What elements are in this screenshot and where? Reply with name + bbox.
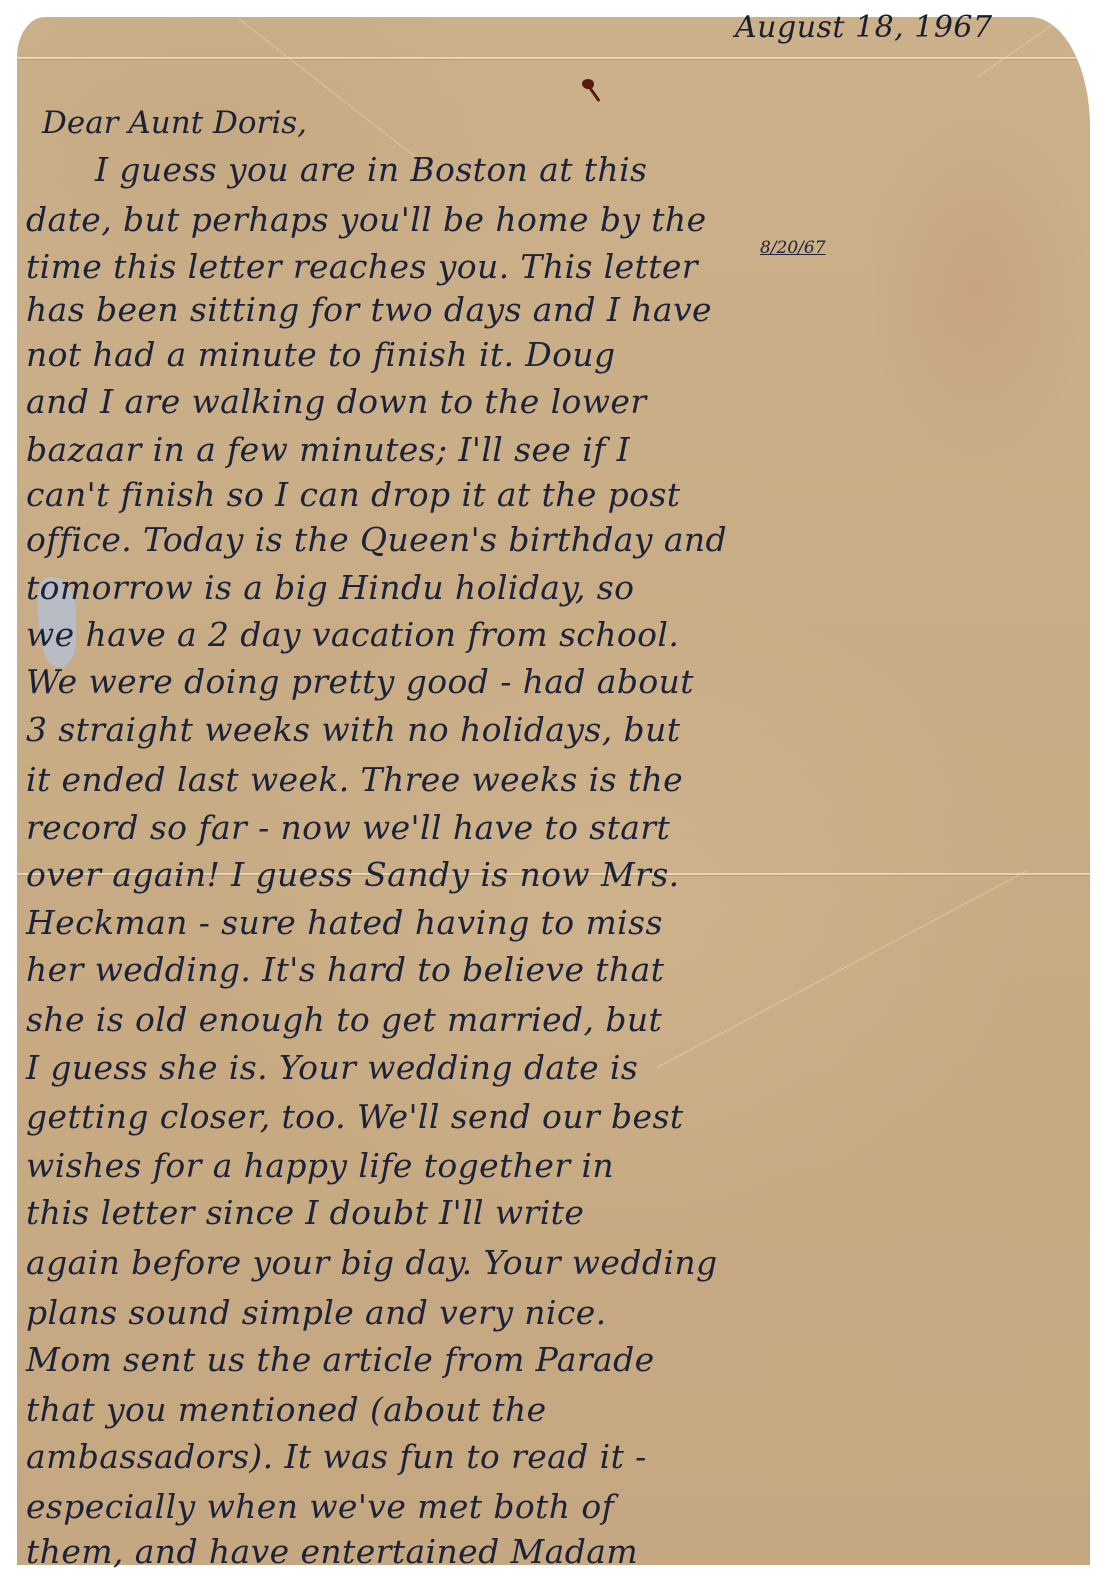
letter-line: especially when we've met both of (26, 1487, 614, 1526)
letter-line: We were doing pretty good - had about (26, 662, 694, 701)
postscript-date-note: 8/20/67 (760, 238, 826, 258)
letter-line: over again! I guess Sandy is now Mrs. (26, 855, 680, 894)
letter-line: we have a 2 day vacation from school. (26, 615, 679, 654)
letter-text: August 18, 1967 Dear Aunt Doris, I guess… (0, 0, 1113, 1581)
letter-line: can't finish so I can drop it at the pos… (26, 475, 680, 514)
letter-line: not had a minute to finish it. Doug (26, 335, 616, 374)
letter-line: plans sound simple and very nice. (26, 1293, 607, 1332)
letter-line: tomorrow is a big Hindu holiday, so (26, 568, 634, 607)
letter-line: Heckman - sure hated having to miss (26, 903, 663, 942)
letter-line: time this letter reaches you. This lette… (26, 247, 698, 286)
letter-line: wishes for a happy life together in (26, 1146, 614, 1185)
letter-line: 3 straight weeks with no holidays, but (26, 710, 680, 749)
letter-line: ambassadors). It was fun to read it - (26, 1437, 647, 1476)
letter-line: getting closer, too. We'll send our best (26, 1097, 684, 1136)
letter-line: it ended last week. Three weeks is the (26, 760, 683, 799)
letter-date: August 18, 1967 (735, 10, 993, 45)
letter-line: I guess she is. Your wedding date is (26, 1048, 638, 1087)
letter-line: that you mentioned (about the (26, 1390, 547, 1429)
letter-line: she is old enough to get married, but (26, 1000, 662, 1039)
letter-line: her wedding. It's hard to believe that (26, 950, 664, 989)
salutation: Dear Aunt Doris, (42, 105, 307, 141)
letter-line: and I are walking down to the lower (26, 382, 647, 421)
letter-line: them, and have entertained Madam (26, 1532, 638, 1571)
letter-line: Mom sent us the article from Parade (26, 1340, 655, 1379)
letter-line: date, but perhaps you'll be home by the (26, 200, 707, 239)
letter-line: record so far - now we'll have to start (26, 808, 670, 847)
letter-line: bazaar in a few minutes; I'll see if I (26, 430, 630, 469)
letter-line: this letter since I doubt I'll write (26, 1193, 584, 1232)
letter-line: I guess you are in Boston at this (95, 150, 647, 189)
letter-line: again before your big day. Your wedding (26, 1243, 718, 1282)
letter-line: has been sitting for two days and I have (26, 290, 712, 329)
letter-line: office. Today is the Queen's birthday an… (26, 520, 727, 559)
